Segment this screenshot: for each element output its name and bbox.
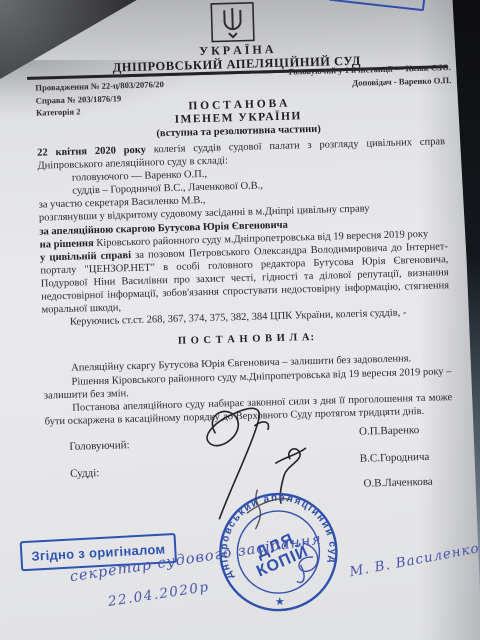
paragraph-civil-case: у цивільній справі за позовом Петровсько… — [40, 240, 450, 317]
ukraine-trident-icon — [210, 2, 255, 43]
name-horodnycha: В.С.Городнича — [360, 451, 430, 465]
document-content: КОПІЯ У К Р А Ї Н А ДНІПРОВСЬКИЙ АПЕЛЯЦІ… — [0, 0, 480, 640]
label-presiding: Головуючий: — [69, 439, 130, 453]
name-lachenkova: О.В.Лаченкова — [363, 476, 433, 490]
document-body: 22 квітня 2020 року колегія суддів судов… — [37, 135, 453, 428]
handwritten-date: 22.04.2020р — [107, 579, 211, 610]
label-judges: Судді: — [70, 467, 100, 480]
seal-star: ★ — [275, 596, 285, 608]
name-varenko: О.П.Варенко — [359, 424, 419, 438]
handwritten-vasylenko-signature: М. В. Василенко — [348, 540, 480, 580]
resolution-title: П О С Т А Н О В И Л А: — [42, 328, 450, 352]
copy-stamp: КОПІЯ — [328, 0, 428, 11]
court-officials: Головуючий у 1 й інстанції — Казак С.Ю. … — [288, 61, 451, 91]
photo-of-court-document: КОПІЯ У К Р А Ї Н А ДНІПРОВСЬКИЙ АПЕЛЯЦІ… — [0, 0, 480, 640]
